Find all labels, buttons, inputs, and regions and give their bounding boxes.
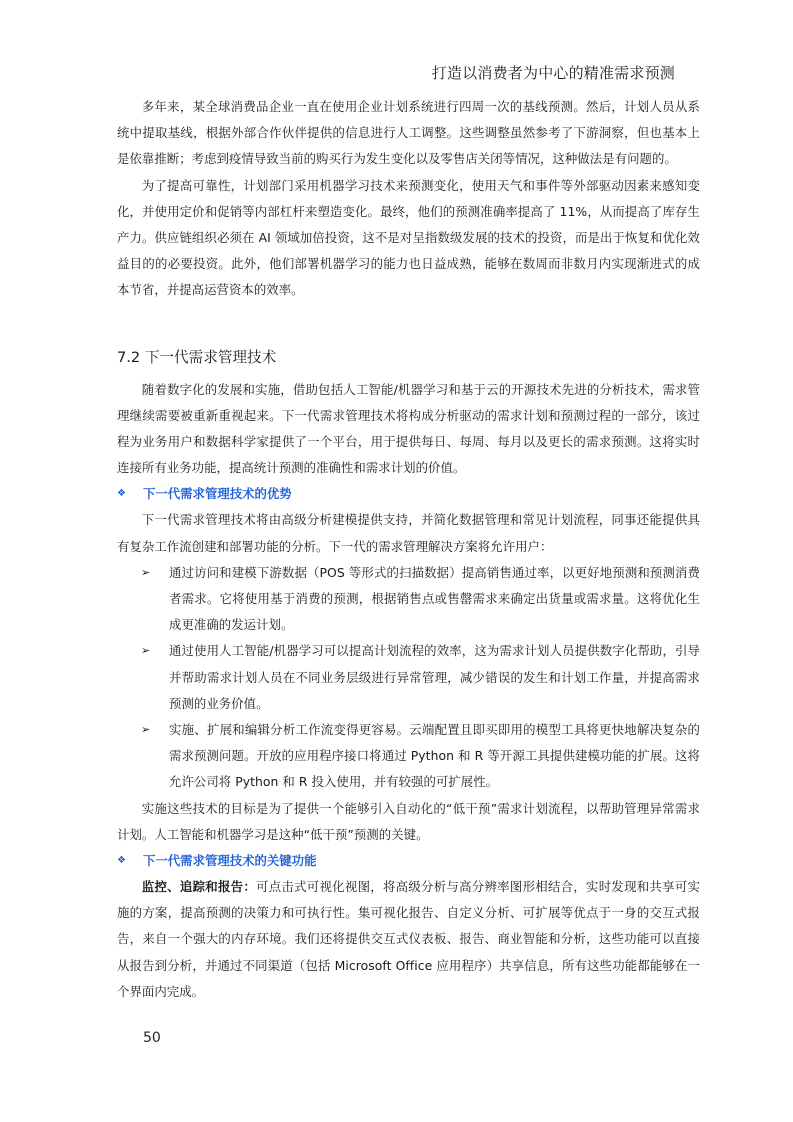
running-header-title: 打造以消费者为中心的精准需求预测: [432, 62, 675, 83]
intro-paragraph-2: 为了提高可靠性，计划部门采用机器学习技术来预测变化，使用天气和事件等外部驱动因素…: [117, 173, 700, 304]
key-feature-text: 可点击式可视化视图，将高级分析与高分辨率图形相结合，实时发现和共享可实施的方案，…: [117, 879, 700, 999]
advantage-bullet-3: ➢ 实施、扩展和编辑分析工作流变得更容易。云端配置且即买即用的模型工具将更快地解…: [141, 717, 700, 796]
section-spacer: [117, 304, 700, 337]
page-number: 50: [143, 1030, 161, 1046]
arrow-bullet-icon: ➢: [141, 560, 169, 639]
advantage-bullet-1: ➢ 通过访问和建模下游数据（POS 等形式的扫描数据）提高销售通过率，以更好地预…: [141, 560, 700, 639]
advantages-heading-text: 下一代需求管理技术的优势: [143, 481, 292, 507]
key-feature-paragraph: 监控、追踪和报告：可点击式可视化视图，将高级分析与高分辨率图形相结合，实时发现和…: [117, 874, 700, 1005]
advantages-heading: ❖ 下一代需求管理技术的优势: [117, 481, 700, 507]
advantage-bullet-2: ➢ 通过使用人工智能/机器学习可以提高计划流程的效率，这为需求计划人员提供数字化…: [141, 638, 700, 717]
diamond-bullet-icon: ❖: [117, 481, 143, 507]
section-heading: 7.2 下一代需求管理技术: [117, 345, 700, 371]
advantages-intro-paragraph: 下一代需求管理技术将由高级分析建模提供支持，并简化数据管理和常见计划流程，同事还…: [117, 507, 700, 559]
key-feature-label: 监控、追踪和报告：: [142, 879, 256, 894]
section-intro-paragraph: 随着数字化的发展和实施，借助包括人工智能/机器学习和基于云的开源技术先进的分析技…: [117, 377, 700, 482]
page-body: 多年来，某全球消费品企业一直在使用企业计划系统进行四周一次的基线预测。然后，计划…: [117, 94, 700, 1005]
intro-paragraph-1: 多年来，某全球消费品企业一直在使用企业计划系统进行四周一次的基线预测。然后，计划…: [117, 94, 700, 173]
key-features-heading-text: 下一代需求管理技术的关键功能: [143, 848, 316, 874]
diamond-bullet-icon: ❖: [117, 848, 143, 874]
advantages-conclusion-paragraph: 实施这些技术的目标是为了提供一个能够引入自动化的“低干预”需求计划流程，以帮助管…: [117, 796, 700, 848]
arrow-bullet-icon: ➢: [141, 638, 169, 717]
arrow-bullet-icon: ➢: [141, 717, 169, 796]
bullet-text: 实施、扩展和编辑分析工作流变得更容易。云端配置且即买即用的模型工具将更快地解决复…: [169, 717, 700, 796]
bullet-text: 通过使用人工智能/机器学习可以提高计划流程的效率，这为需求计划人员提供数字化帮助…: [169, 638, 700, 717]
bullet-text: 通过访问和建模下游数据（POS 等形式的扫描数据）提高销售通过率，以更好地预测和…: [169, 560, 700, 639]
key-features-heading: ❖ 下一代需求管理技术的关键功能: [117, 848, 700, 874]
